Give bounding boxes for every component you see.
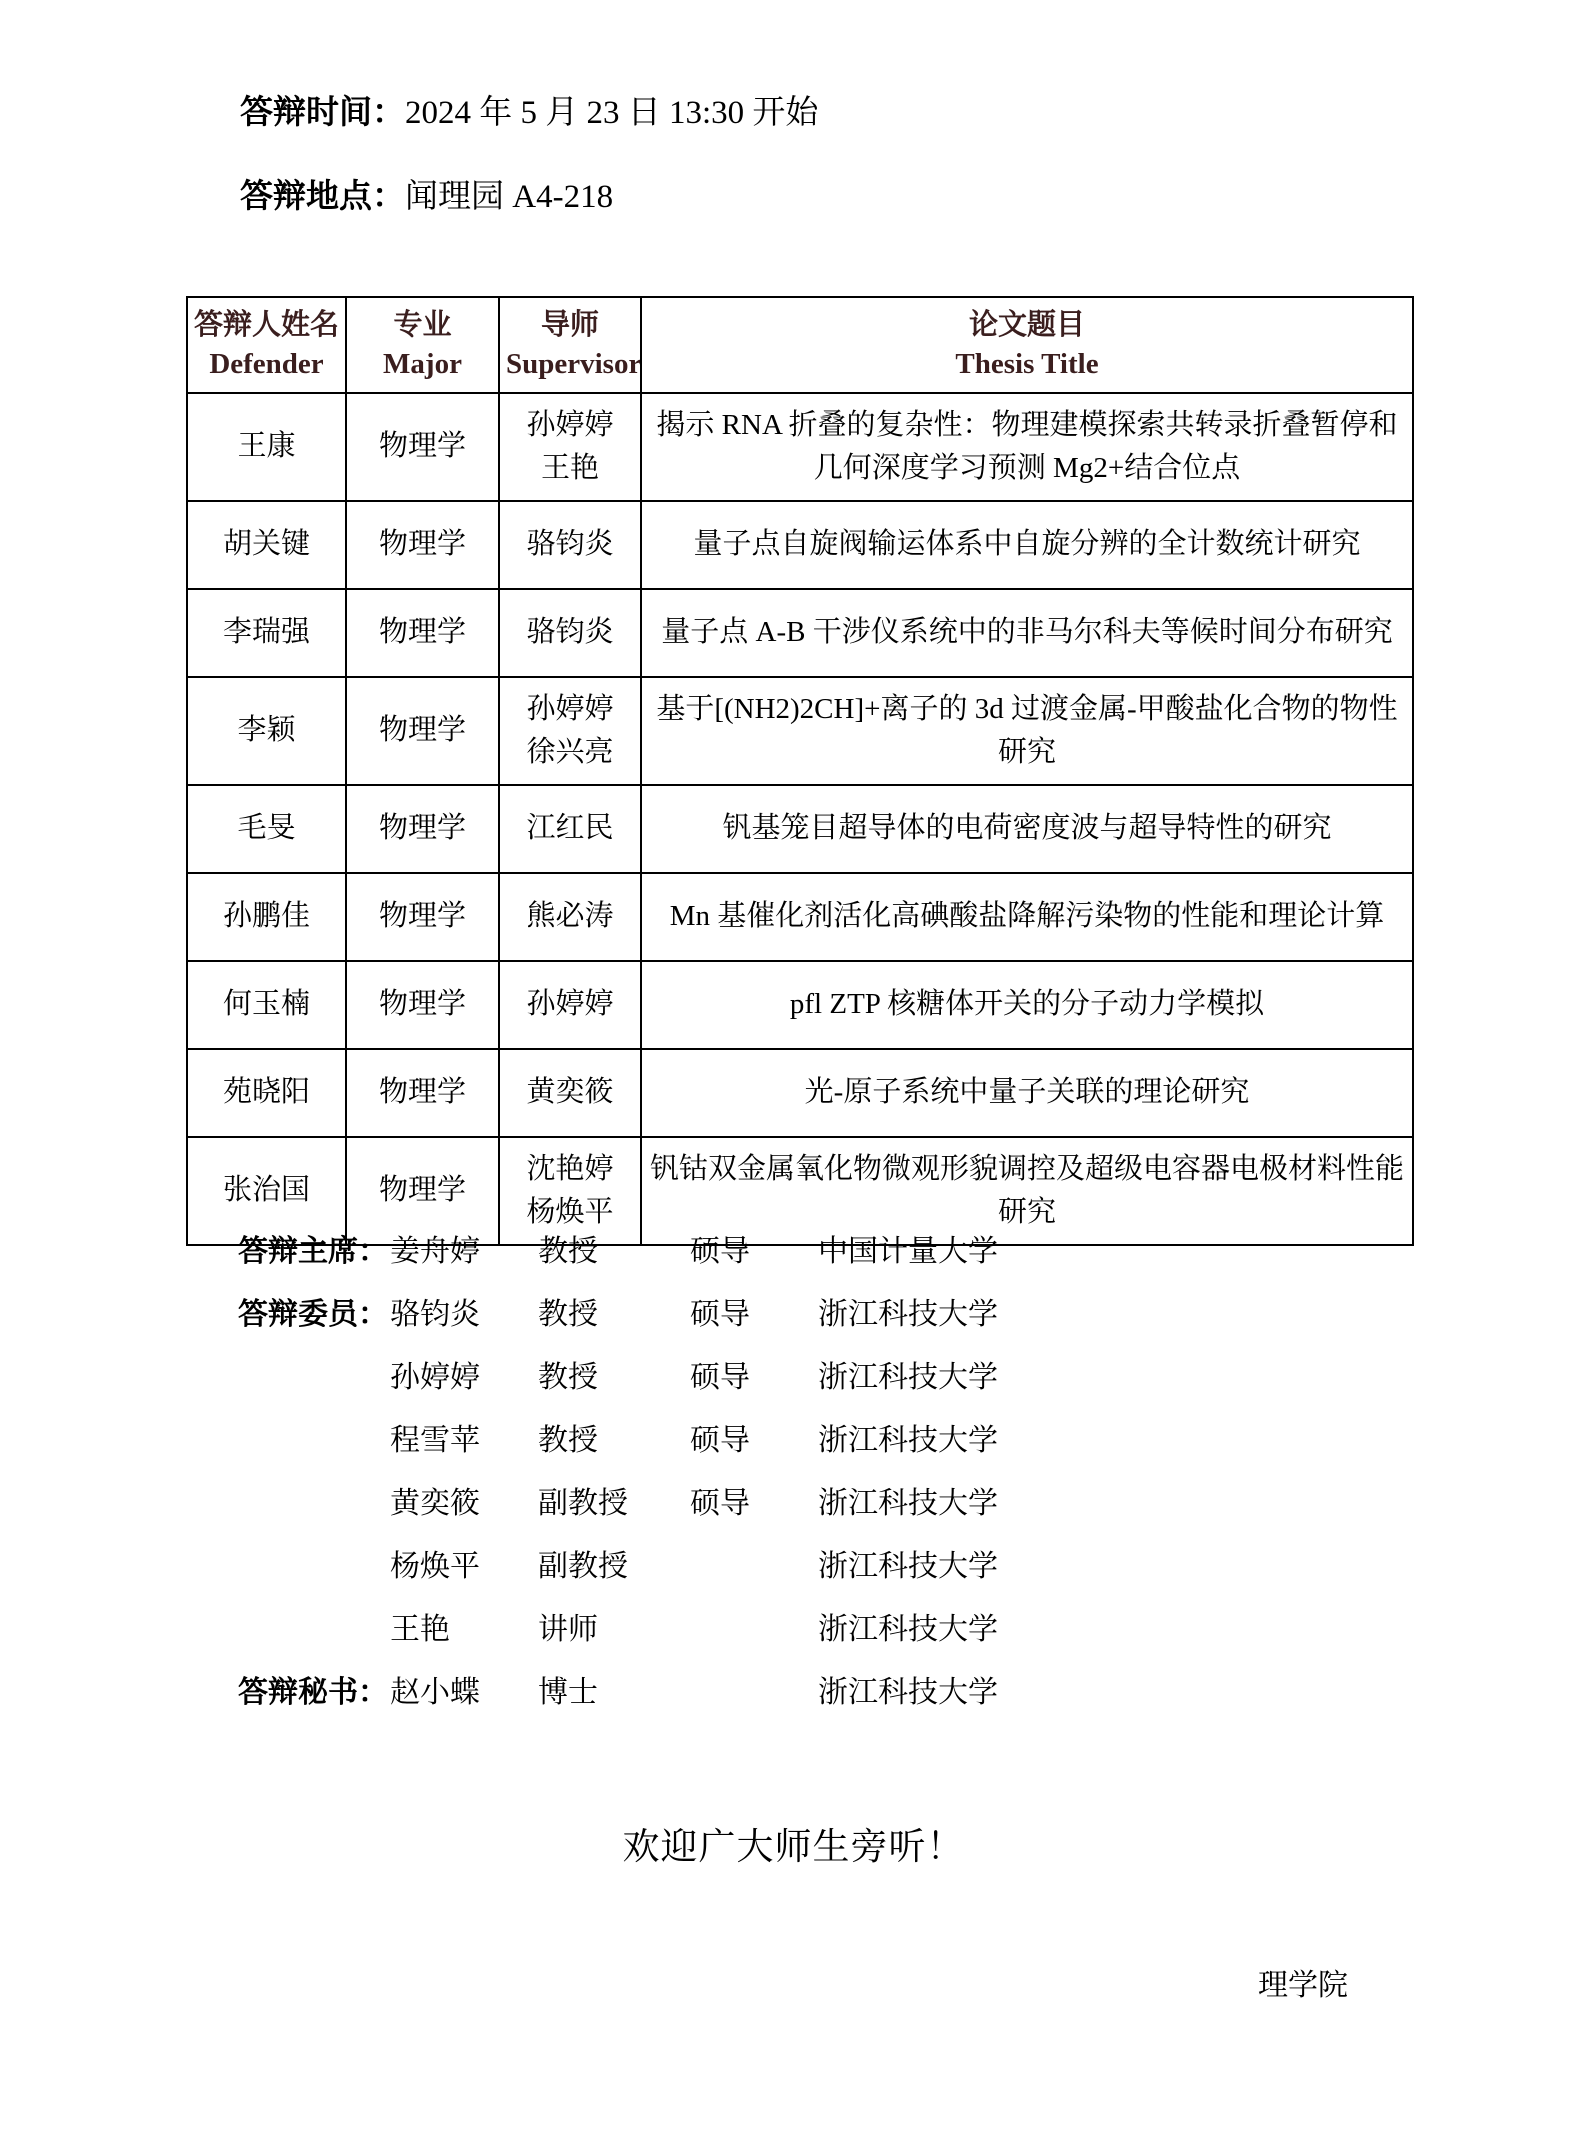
committee-row-member: 王艳 讲师 浙江科技大学 bbox=[238, 1594, 998, 1657]
committee-row-member: 黄奕筱 副教授 硕导 浙江科技大学 bbox=[238, 1468, 998, 1531]
header-supervisor: 导师 Supervisor bbox=[499, 297, 641, 393]
defense-time-label: 答辩时间： bbox=[240, 95, 405, 131]
table-row: 毛旻 物理学 江红民 钒基笼目超导体的电荷密度波与超导特性的研究 bbox=[187, 785, 1413, 873]
supervisor-cell: 江红民 bbox=[499, 785, 641, 873]
committee-member-name: 赵小蝶 bbox=[390, 1667, 538, 1711]
college-signature: 理学院 bbox=[1258, 1960, 1348, 2004]
major-cell: 物理学 bbox=[346, 873, 499, 961]
committee-row-member: 程雪苹 教授 硕导 浙江科技大学 bbox=[238, 1405, 998, 1468]
committee-member-title: 讲师 bbox=[538, 1604, 690, 1648]
major-cell: 物理学 bbox=[346, 961, 499, 1049]
defender-cell: 毛旻 bbox=[187, 785, 346, 873]
committee-member-advisor-type: 硕导 bbox=[690, 1289, 818, 1333]
committee-member-title: 教授 bbox=[538, 1352, 690, 1396]
supervisor-cell: 熊必涛 bbox=[499, 873, 641, 961]
table-header-row: 答辩人姓名 Defender 专业 Major 导师 Supervisor 论文… bbox=[187, 297, 1413, 393]
supervisor-cell: 孙婷婷 bbox=[499, 961, 641, 1049]
committee-member-university: 浙江科技大学 bbox=[818, 1415, 998, 1459]
committee-row-member: 杨焕平 副教授 浙江科技大学 bbox=[238, 1531, 998, 1594]
committee-member-name: 王艳 bbox=[390, 1604, 538, 1648]
committee-member-university: 浙江科技大学 bbox=[818, 1604, 998, 1648]
major-cell: 物理学 bbox=[346, 393, 499, 501]
defender-cell: 王康 bbox=[187, 393, 346, 501]
committee-member-title: 教授 bbox=[538, 1289, 690, 1333]
thesis-title-cell: 量子点自旋阀输运体系中自旋分辨的全计数统计研究 bbox=[641, 501, 1413, 589]
committee-member-title: 副教授 bbox=[538, 1478, 690, 1522]
major-cell: 物理学 bbox=[346, 677, 499, 785]
table-row: 王康 物理学 孙婷婷 王艳 揭示 RNA 折叠的复杂性：物理建模探索共转录折叠暂… bbox=[187, 393, 1413, 501]
defense-place-value: 闻理园 A4-218 bbox=[405, 179, 613, 215]
supervisor-cell: 骆钧炎 bbox=[499, 501, 641, 589]
table-row: 苑晓阳 物理学 黄奕筱 光-原子系统中量子关联的理论研究 bbox=[187, 1049, 1413, 1137]
committee-member-advisor-type: 硕导 bbox=[690, 1226, 818, 1270]
committee-member-name: 杨焕平 bbox=[390, 1541, 538, 1585]
committee-member-name: 骆钧炎 bbox=[390, 1289, 538, 1333]
thesis-title-cell: 量子点 A-B 干涉仪系统中的非马尔科夫等候时间分布研究 bbox=[641, 589, 1413, 677]
committee-member-title: 教授 bbox=[538, 1415, 690, 1459]
header-major: 专业 Major bbox=[346, 297, 499, 393]
welcome-message: 欢迎广大师生旁听！ bbox=[0, 1816, 1587, 1870]
defender-cell: 胡关键 bbox=[187, 501, 346, 589]
table-row: 李瑞强 物理学 骆钧炎 量子点 A-B 干涉仪系统中的非马尔科夫等候时间分布研究 bbox=[187, 589, 1413, 677]
thesis-title-cell: 揭示 RNA 折叠的复杂性：物理建模探索共转录折叠暂停和几何深度学习预测 Mg2… bbox=[641, 393, 1413, 501]
committee-row-secretary: 答辩秘书： 赵小蝶 博士 浙江科技大学 bbox=[238, 1657, 998, 1720]
defense-place-line: 答辩地点：闻理园 A4-218 bbox=[240, 170, 613, 217]
committee-row-chair: 答辩主席： 姜舟婷 教授 硕导 中国计量大学 bbox=[238, 1216, 998, 1279]
committee-member-university: 浙江科技大学 bbox=[818, 1478, 998, 1522]
committee-member-name: 孙婷婷 bbox=[390, 1352, 538, 1396]
header-defender: 答辩人姓名 Defender bbox=[187, 297, 346, 393]
table-row: 孙鹏佳 物理学 熊必涛 Mn 基催化剂活化高碘酸盐降解污染物的性能和理论计算 bbox=[187, 873, 1413, 961]
committee-role-label: 答辩委员： bbox=[238, 1289, 390, 1333]
thesis-title-cell: 钒基笼目超导体的电荷密度波与超导特性的研究 bbox=[641, 785, 1413, 873]
supervisor-cell: 孙婷婷 徐兴亮 bbox=[499, 677, 641, 785]
committee-member-university: 浙江科技大学 bbox=[818, 1289, 998, 1333]
defense-time-value: 2024 年 5 月 23 日 13:30 开始 bbox=[405, 95, 818, 131]
supervisor-cell: 孙婷婷 王艳 bbox=[499, 393, 641, 501]
committee-member-name: 黄奕筱 bbox=[390, 1478, 538, 1522]
committee-member-university: 中国计量大学 bbox=[818, 1226, 998, 1270]
committee-role-label: 答辩秘书： bbox=[238, 1667, 390, 1711]
table-row: 胡关键 物理学 骆钧炎 量子点自旋阀输运体系中自旋分辨的全计数统计研究 bbox=[187, 501, 1413, 589]
committee-member-name: 程雪苹 bbox=[390, 1415, 538, 1459]
committee-member-name: 姜舟婷 bbox=[390, 1226, 538, 1270]
thesis-title-cell: pfl ZTP 核糖体开关的分子动力学模拟 bbox=[641, 961, 1413, 1049]
thesis-title-cell: Mn 基催化剂活化高碘酸盐降解污染物的性能和理论计算 bbox=[641, 873, 1413, 961]
major-cell: 物理学 bbox=[346, 589, 499, 677]
thesis-title-cell: 基于[(NH2)2CH]+离子的 3d 过渡金属-甲酸盐化合物的物性研究 bbox=[641, 677, 1413, 785]
defender-cell: 孙鹏佳 bbox=[187, 873, 346, 961]
defense-time-line: 答辩时间：2024 年 5 月 23 日 13:30 开始 bbox=[240, 86, 818, 133]
supervisor-cell: 骆钧炎 bbox=[499, 589, 641, 677]
defender-cell: 何玉楠 bbox=[187, 961, 346, 1049]
defender-cell: 苑晓阳 bbox=[187, 1049, 346, 1137]
committee-member-university: 浙江科技大学 bbox=[818, 1667, 998, 1711]
committee-role-label: 答辩主席： bbox=[238, 1226, 390, 1270]
committee-member-university: 浙江科技大学 bbox=[818, 1541, 998, 1585]
committee-member-advisor-type: 硕导 bbox=[690, 1415, 818, 1459]
committee-member-title: 教授 bbox=[538, 1226, 690, 1270]
defender-cell: 李瑞强 bbox=[187, 589, 346, 677]
committee-member-title: 博士 bbox=[538, 1667, 690, 1711]
committee-member-title: 副教授 bbox=[538, 1541, 690, 1585]
defender-cell: 李颖 bbox=[187, 677, 346, 785]
committee-member-advisor-type: 硕导 bbox=[690, 1352, 818, 1396]
committee-row-member: 孙婷婷 教授 硕导 浙江科技大学 bbox=[238, 1342, 998, 1405]
committee-member-university: 浙江科技大学 bbox=[818, 1352, 998, 1396]
document-page: 答辩时间：2024 年 5 月 23 日 13:30 开始 答辩地点：闻理园 A… bbox=[0, 0, 1587, 2152]
committee-row-member: 答辩委员： 骆钧炎 教授 硕导 浙江科技大学 bbox=[238, 1279, 998, 1342]
committee-member-advisor-type: 硕导 bbox=[690, 1478, 818, 1522]
major-cell: 物理学 bbox=[346, 1049, 499, 1137]
table-row: 李颖 物理学 孙婷婷 徐兴亮 基于[(NH2)2CH]+离子的 3d 过渡金属-… bbox=[187, 677, 1413, 785]
major-cell: 物理学 bbox=[346, 785, 499, 873]
supervisor-cell: 黄奕筱 bbox=[499, 1049, 641, 1137]
thesis-title-cell: 光-原子系统中量子关联的理论研究 bbox=[641, 1049, 1413, 1137]
header-thesis-title: 论文题目 Thesis Title bbox=[641, 297, 1413, 393]
major-cell: 物理学 bbox=[346, 501, 499, 589]
defense-place-label: 答辩地点： bbox=[240, 179, 405, 215]
committee-list: 答辩主席： 姜舟婷 教授 硕导 中国计量大学 答辩委员： 骆钧炎 教授 硕导 浙… bbox=[238, 1216, 998, 1720]
table-row: 何玉楠 物理学 孙婷婷 pfl ZTP 核糖体开关的分子动力学模拟 bbox=[187, 961, 1413, 1049]
defense-schedule-table: 答辩人姓名 Defender 专业 Major 导师 Supervisor 论文… bbox=[186, 296, 1414, 1246]
